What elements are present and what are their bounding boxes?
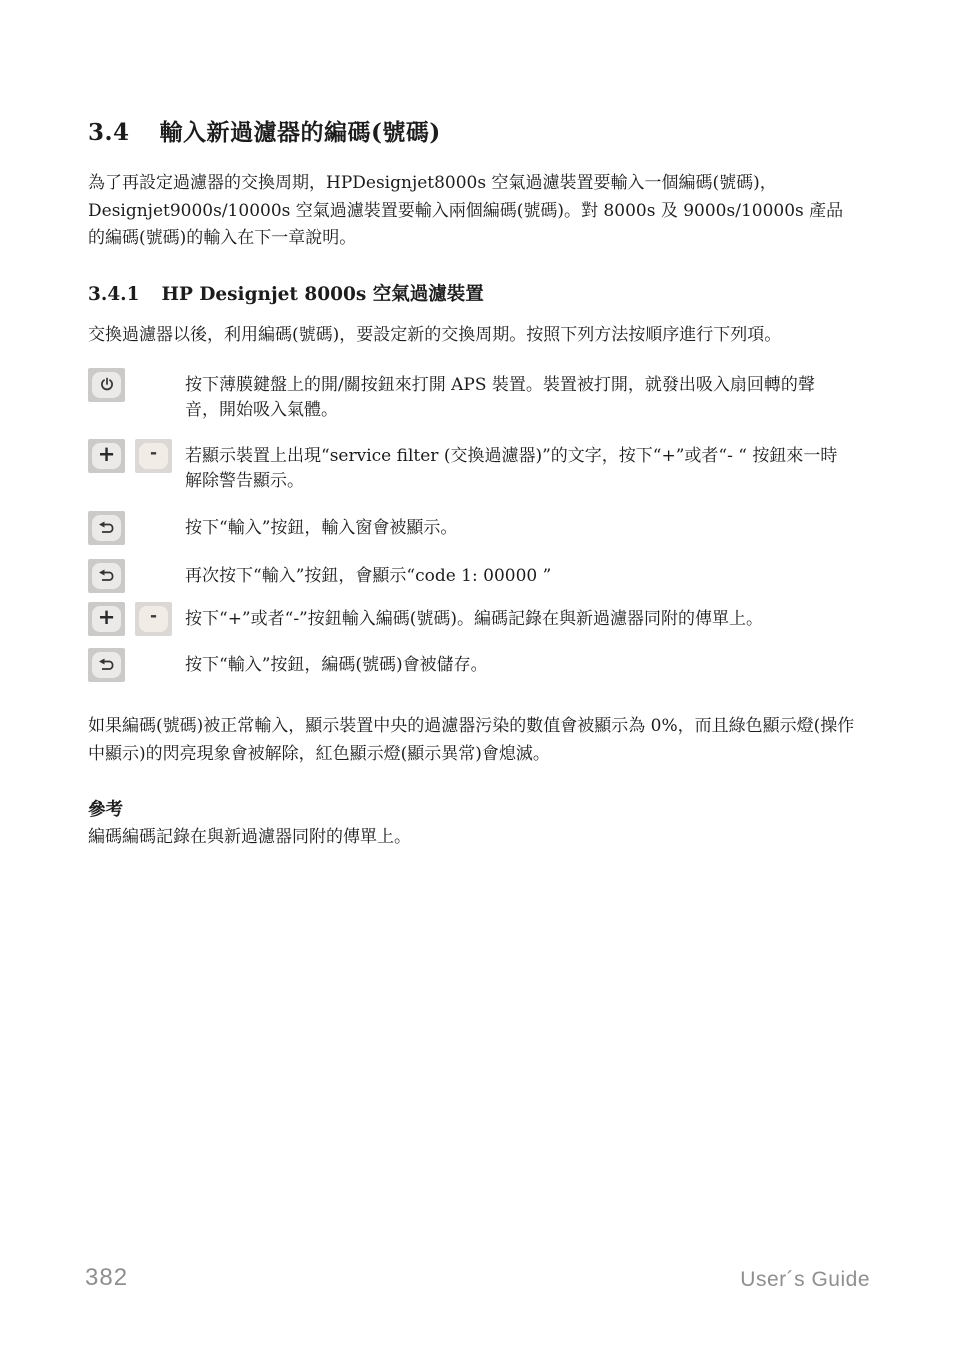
step-icon-column xyxy=(88,559,185,593)
subsection-number: 3.4.1 xyxy=(88,283,140,307)
enter-button-face xyxy=(92,515,121,541)
section-title-text: 輸入新過濾器的編碼(號碼) xyxy=(160,118,441,148)
enter-button-icon xyxy=(88,511,125,545)
enter-button-icon xyxy=(88,648,125,682)
enter-button-icon xyxy=(88,559,125,593)
step-list: 按下薄膜鍵盤上的開/關按鈕來打開 APS 裝置。裝置被打開，就發出吸入扇回轉的聲… xyxy=(88,368,870,682)
subsection-title: 3.4.1 HP Designjet 8000s 空氣過濾裝置 xyxy=(88,283,870,307)
minus-button-face: - xyxy=(139,443,168,469)
return-arrow-icon xyxy=(98,658,116,672)
enter-button-face xyxy=(92,563,121,589)
step-text: 按下“輸入”按鈕，輸入窗會被顯示。 xyxy=(185,511,845,541)
plus-button-icon: + xyxy=(88,439,125,473)
intro-paragraph: 為了再設定過濾器的交換周期，HPDesignjet8000s 空氣過濾裝置要輸入… xyxy=(88,170,856,253)
footer-guide-label: User´s Guide xyxy=(740,1268,870,1292)
reference-heading: 參考 xyxy=(88,798,870,822)
minus-icon: - xyxy=(150,445,157,462)
step-icon-column: + - xyxy=(88,439,185,473)
step-icon-column xyxy=(88,368,185,402)
step-row: 按下薄膜鍵盤上的開/關按鈕來打開 APS 裝置。裝置被打開，就發出吸入扇回轉的聲… xyxy=(88,368,870,423)
return-arrow-icon xyxy=(98,569,116,583)
section-title: 3.4 輸入新過濾器的編碼(號碼) xyxy=(88,0,870,148)
step-row: + - 按下“+”或者“-”按鈕輸入編碼(號碼)。編碼記錄在與新過濾器同附的傳單… xyxy=(88,602,870,636)
return-arrow-icon xyxy=(98,521,116,535)
subsection-title-text: HP Designjet 8000s 空氣過濾裝置 xyxy=(162,283,484,307)
page-content: 3.4 輸入新過濾器的編碼(號碼) 為了再設定過濾器的交換周期，HPDesign… xyxy=(0,0,954,850)
section-number: 3.4 xyxy=(88,118,130,148)
plus-button-face: + xyxy=(92,443,121,469)
plus-button-face: + xyxy=(92,606,121,632)
step-row: 再次按下“輸入”按鈕，會顯示“code 1: 00000 ” xyxy=(88,559,870,593)
step-text: 按下“輸入”按鈕，編碼(號碼)會被儲存。 xyxy=(185,648,845,678)
step-text: 按下薄膜鍵盤上的開/關按鈕來打開 APS 裝置。裝置被打開，就發出吸入扇回轉的聲… xyxy=(185,368,845,423)
step-icon-column: + - xyxy=(88,602,185,636)
power-button-face xyxy=(92,372,121,398)
minus-icon: - xyxy=(150,608,157,625)
step-icon-column xyxy=(88,511,185,545)
power-button-icon xyxy=(88,368,125,402)
enter-button-face xyxy=(92,652,121,678)
plus-icon: + xyxy=(98,607,116,628)
result-paragraph: 如果編碼(號碼)被正常輸入，顯示裝置中央的過濾器污染的數值會被顯示為 0%，而且… xyxy=(88,712,856,768)
step-text: 若顯示裝置上出現“service filter (交換過濾器)”的文字，按下“+… xyxy=(185,439,845,494)
power-icon xyxy=(99,377,115,393)
step-text: 按下“+”或者“-”按鈕輸入編碼(號碼)。編碼記錄在與新過濾器同附的傳單上。 xyxy=(185,602,845,632)
subsection-intro: 交換過濾器以後，利用編碼(號碼)，要設定新的交換周期。按照下列方法按順序進行下列… xyxy=(88,322,856,348)
minus-button-icon: - xyxy=(135,602,172,636)
step-text: 再次按下“輸入”按鈕，會顯示“code 1: 00000 ” xyxy=(185,559,845,589)
step-row: + - 若顯示裝置上出現“service filter (交換過濾器)”的文字，… xyxy=(88,439,870,494)
minus-button-face: - xyxy=(139,606,168,632)
footer-page-number: 382 xyxy=(85,1264,128,1292)
plus-button-icon: + xyxy=(88,602,125,636)
minus-button-icon: - xyxy=(135,439,172,473)
plus-icon: + xyxy=(98,444,116,465)
reference-text: 編碼編碼記錄在與新過濾器同附的傳單上。 xyxy=(88,824,870,850)
step-icon-column xyxy=(88,648,185,682)
step-row: 按下“輸入”按鈕，輸入窗會被顯示。 xyxy=(88,511,870,545)
manual-page: 3.4 輸入新過濾器的編碼(號碼) 為了再設定過濾器的交換周期，HPDesign… xyxy=(0,0,954,1350)
step-row: 按下“輸入”按鈕，編碼(號碼)會被儲存。 xyxy=(88,648,870,682)
